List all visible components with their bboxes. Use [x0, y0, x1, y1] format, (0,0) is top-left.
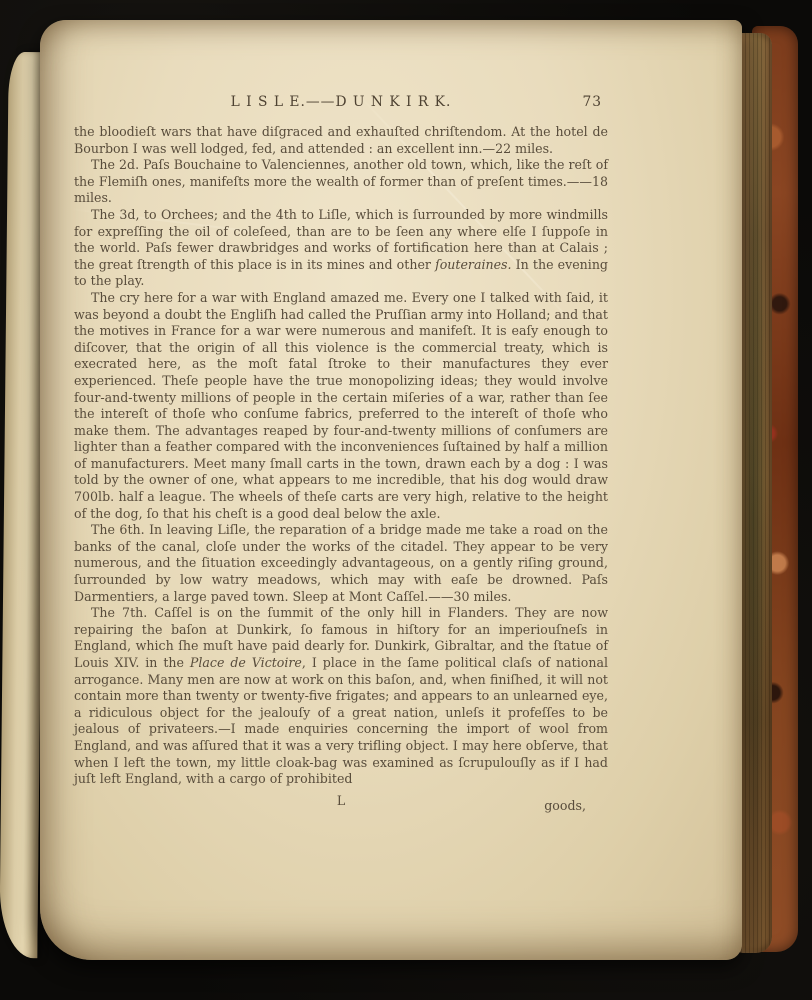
book-fore-edge: [737, 33, 772, 953]
paragraph-5: The 6th. In leaving Liſle, the reparatio…: [74, 522, 608, 605]
page-number: 73: [582, 94, 602, 111]
paragraph-6: The 7th. Caſſel is on the ſummit of the …: [74, 605, 608, 788]
book-page: L I S L E.——D U N K I R K. 73 the bloodi…: [40, 20, 742, 960]
signature-line: L goods,: [74, 793, 608, 815]
paragraph-1-text: the bloodieſt wars that have diſgraced a…: [74, 124, 608, 156]
text-block: L I S L E.——D U N K I R K. 73 the bloodi…: [74, 94, 608, 815]
page-header: L I S L E.——D U N K I R K. 73: [74, 94, 608, 116]
paragraph-3: The 3d, to Orchees; and the 4th to Liſle…: [74, 207, 608, 290]
paragraph-3-italic-word: ſouteraines.: [435, 257, 511, 272]
paragraph-1: the bloodieſt wars that have diſgraced a…: [74, 124, 608, 157]
photo-backdrop: L I S L E.——D U N K I R K. 73 the bloodi…: [0, 0, 812, 1000]
paragraph-2: The 2d. Paſs Bouchaine to Valenciennes, …: [74, 157, 608, 207]
paragraph-6-italic-phrase: Place de Victoire: [190, 655, 302, 670]
paragraph-6-text-end: , I place in the ſame political claſs of…: [74, 655, 608, 786]
running-title: L I S L E.——D U N K I R K.: [74, 94, 608, 111]
signature-mark: L: [337, 793, 345, 808]
paragraph-5-text: The 6th. In leaving Liſle, the reparatio…: [74, 522, 608, 603]
catchword: goods,: [544, 798, 586, 815]
paragraph-4-text: The cry here for a war with England amaz…: [74, 290, 608, 521]
paragraph-4: The cry here for a war with England amaz…: [74, 290, 608, 522]
paragraph-2-text: The 2d. Paſs Bouchaine to Valenciennes, …: [74, 157, 608, 205]
